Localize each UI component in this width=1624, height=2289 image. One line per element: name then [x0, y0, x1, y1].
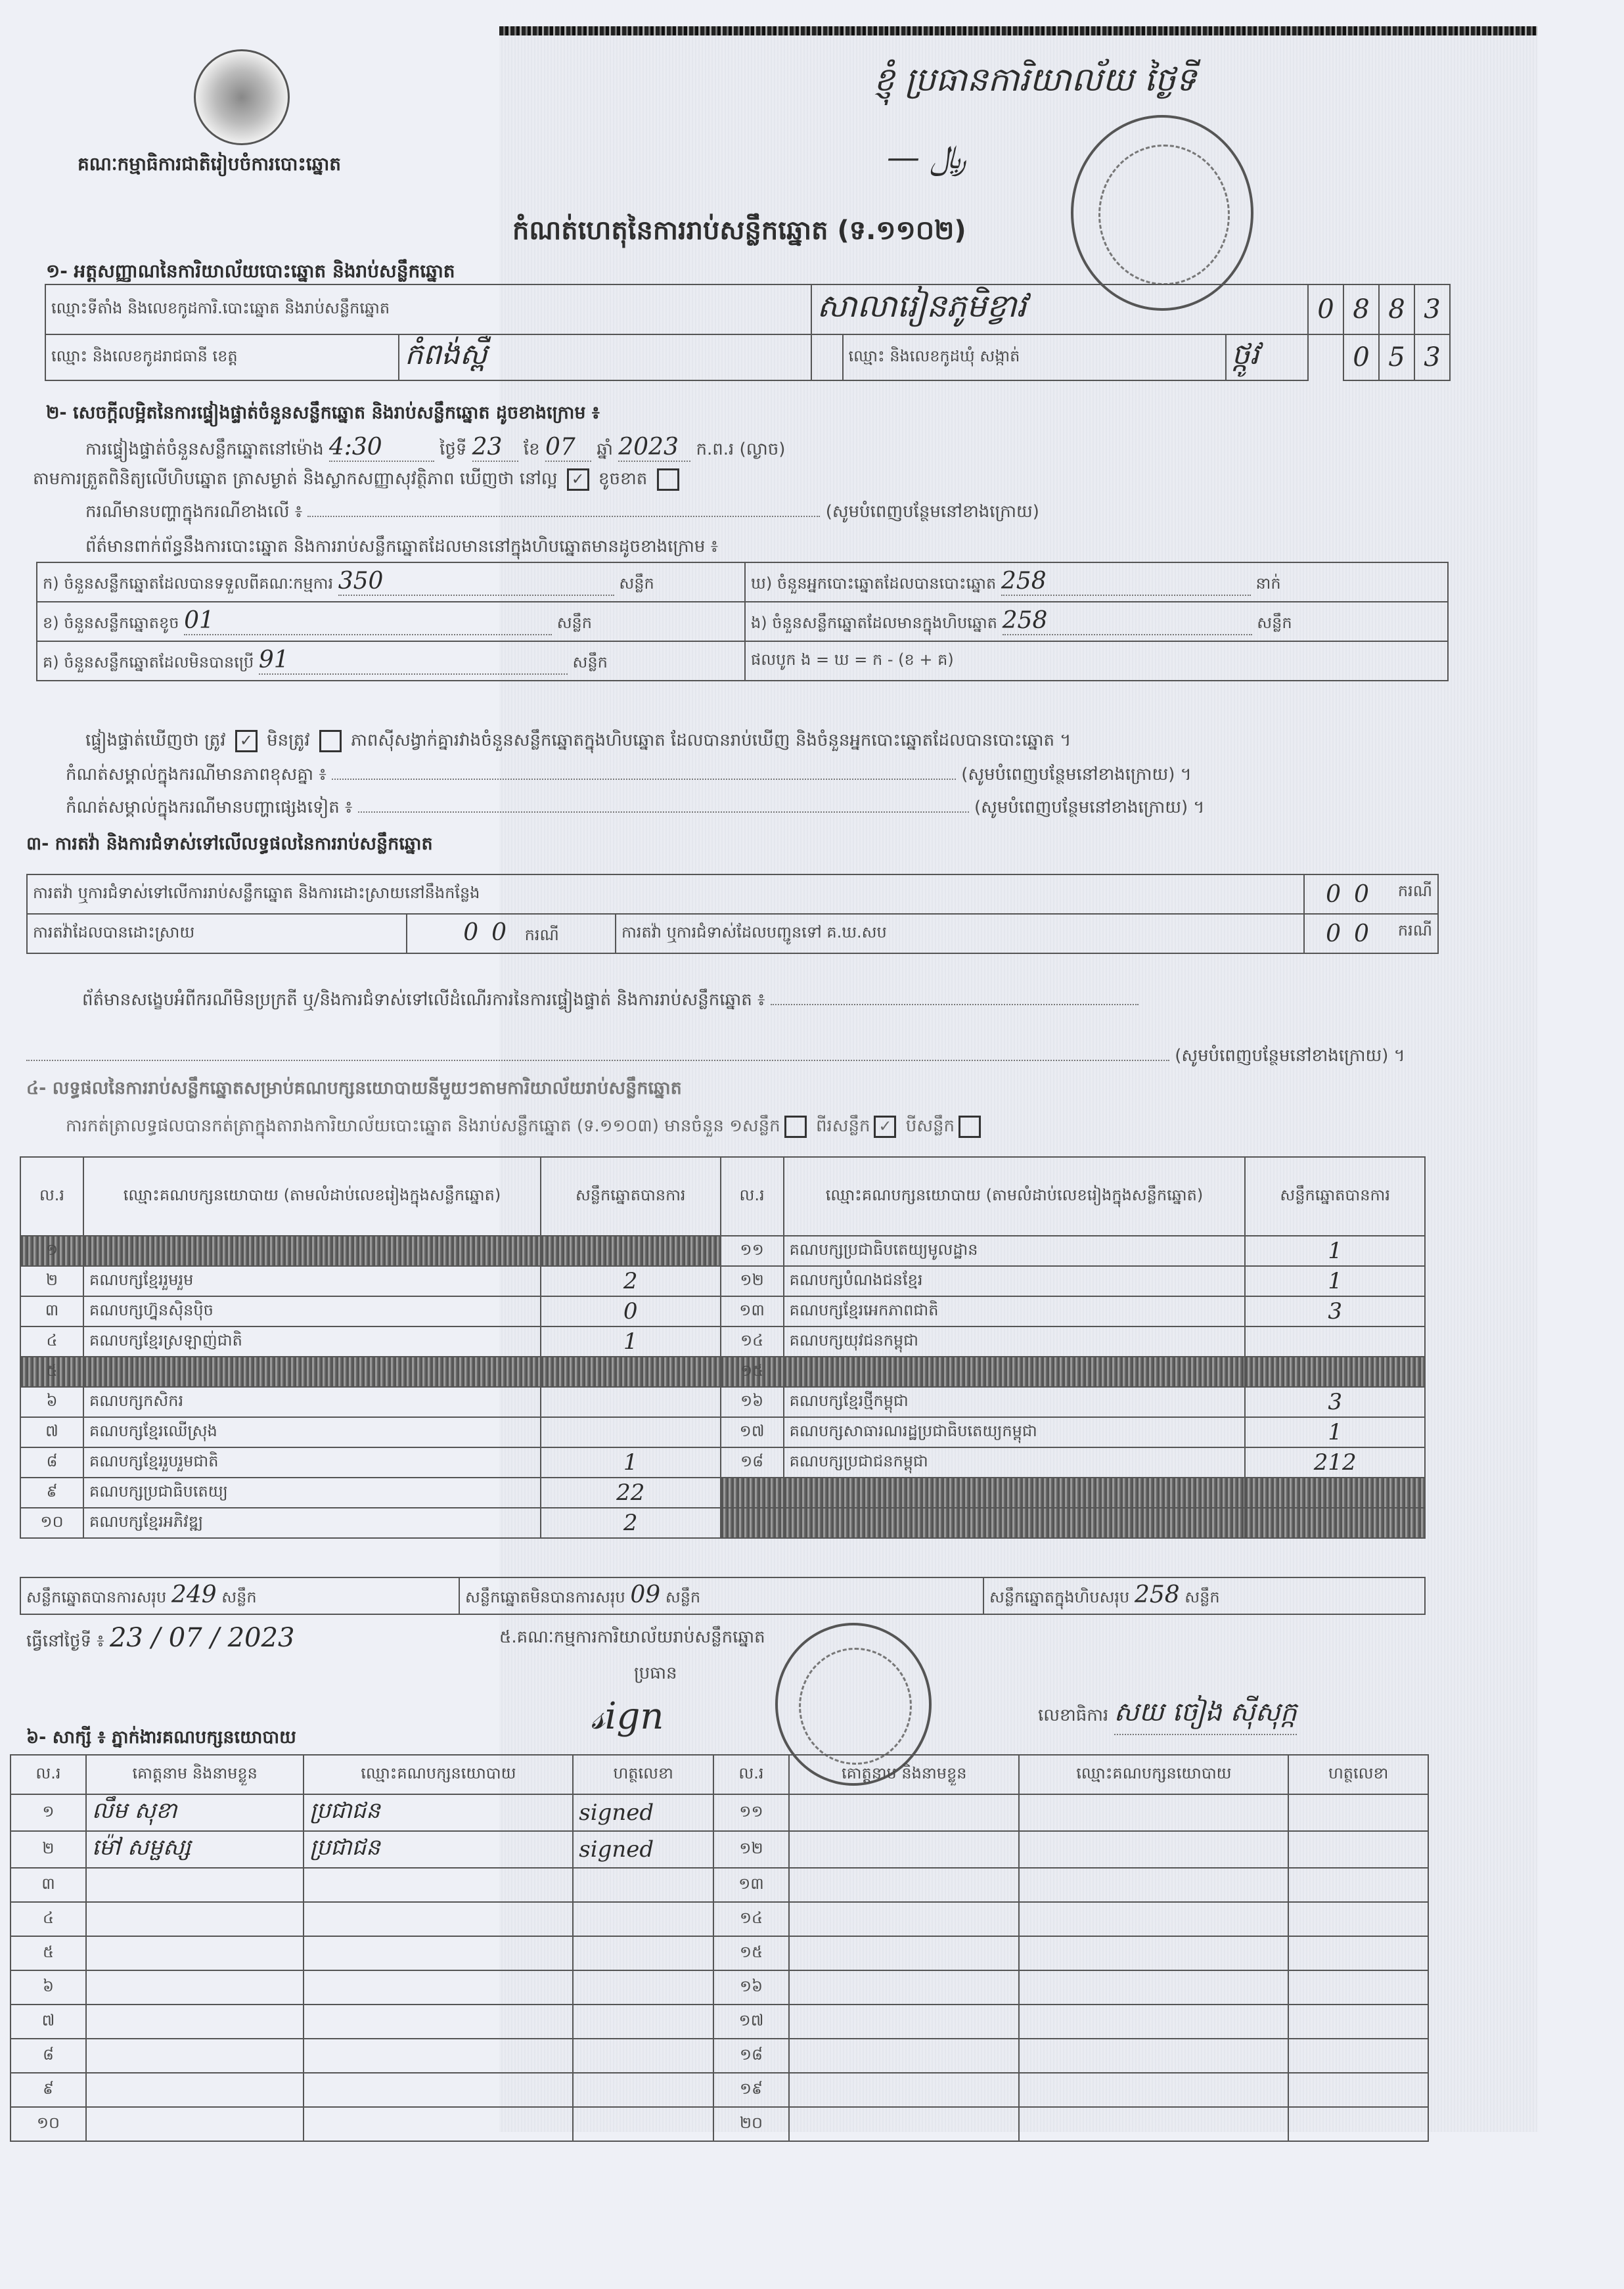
in-box-value[interactable]: 258: [1003, 607, 1252, 635]
party-number: ២: [20, 1266, 83, 1296]
irregularity-field[interactable]: [771, 1004, 1139, 1005]
witness-no: ១: [11, 1794, 86, 1831]
witness-name[interactable]: ម៉ៅ សម្ផស្ស: [86, 1831, 304, 1868]
results-row: ៥១៥: [20, 1357, 1425, 1387]
col-no: ល.រ: [20, 1157, 83, 1236]
committee-title: ៥.គណៈកម្មការការិយាល័យរាប់សន្លឹកឆ្នោត: [499, 1626, 765, 1651]
formula: ផលបូក ង = ឃ = ក - (ខ + គ): [745, 641, 1448, 681]
witness-party[interactable]: [304, 1936, 573, 1970]
witness-party[interactable]: [304, 2107, 573, 2141]
unit: ករណី: [1398, 881, 1432, 904]
president-signature: 𝓈ign: [591, 1695, 664, 1738]
commune-code-digit[interactable]: 0: [1343, 334, 1379, 380]
seal-intact-checkbox[interactable]: ✓: [567, 468, 589, 491]
witness-name[interactable]: [789, 1794, 1020, 1831]
witness-signature[interactable]: [1288, 1831, 1428, 1868]
party-number: ៩: [20, 1478, 83, 1508]
witness-no: ៦: [11, 1970, 86, 2005]
commune-label: ឈ្មោះ និងលេខកូដឃុំ សង្កាត់: [843, 334, 1226, 380]
party-number: ៤: [20, 1326, 83, 1357]
issue-note-label: ករណីមានបញ្ហាក្នុងករណីខាងលើ ៖: [85, 502, 302, 522]
witness-name[interactable]: [789, 2039, 1020, 2073]
witness-no: ៣: [11, 1868, 86, 1902]
seal-broken-label: ខូចខាត: [598, 469, 647, 489]
party-name: គណបក្សកសិករ: [83, 1387, 541, 1417]
commune-value[interactable]: ថ្កូវ: [1226, 334, 1308, 380]
party-votes[interactable]: [541, 1387, 721, 1417]
resolved-label: ការតវ៉ាដែលបានដោះស្រាយ: [27, 914, 407, 953]
witness-party[interactable]: [1019, 2107, 1288, 2141]
col-no: ល.រ: [721, 1157, 784, 1236]
col-party: ឈ្មោះគណបក្សនយោបាយ: [1019, 1755, 1288, 1794]
party-name: គណបក្សហ្វ៊ុនស៊ិនប៉ិច: [83, 1296, 541, 1326]
party-votes[interactable]: [1245, 1357, 1425, 1387]
note1-field[interactable]: [332, 779, 956, 780]
party-votes[interactable]: 3: [1245, 1296, 1425, 1326]
witness-no: ១០: [11, 2107, 86, 2141]
witness-signature[interactable]: [573, 1936, 713, 1970]
party-number: ១០: [20, 1508, 83, 1538]
ballot-count-table: ក) ចំនួនសន្លឹកឆ្នោតដែលបានទទួលពីគណៈកម្មកា…: [36, 562, 1449, 681]
balance-not-label: មិនត្រូវ: [267, 731, 310, 750]
two-sheets-checkbox[interactable]: ✓: [874, 1116, 896, 1138]
section1-title: ១- អត្តសញ្ញាណនៃការិយាល័យបោះឆ្នោត និងរាប់…: [46, 260, 455, 286]
witness-row: ៤១៤: [11, 1902, 1428, 1936]
witness-no: ១២: [713, 1831, 789, 1868]
col-no: ល.រ: [11, 1755, 86, 1794]
sheets-count-line: ការកត់ត្រាលទ្ធផលបានកត់ត្រាក្នុងតារាងការិ…: [66, 1115, 985, 1140]
forwarded-label: ការតវ៉ា ឬការជំទាស់ដែលបញ្ជូនទៅ គ.ឃ.សប: [616, 914, 1304, 953]
results-row: ៧គណបក្សខ្មែរឈើស្រុង១៧គណបក្សសាធារណរដ្ឋប្រ…: [20, 1417, 1425, 1447]
results-row: ២គណបក្សខ្មែររួមរួម2១២គណបក្សបំណងជនខ្មែរ1: [20, 1266, 1425, 1296]
unit: សន្លឹក: [1184, 1588, 1219, 1606]
opt1-label: ១សន្លឹក: [729, 1116, 780, 1136]
results-row: ៦គណបក្សកសិករ១៦គណបក្សខ្មែរថ្មីកម្ពុជា3: [20, 1387, 1425, 1417]
witness-party[interactable]: [1019, 1970, 1288, 2005]
witness-name[interactable]: [789, 1868, 1020, 1902]
station-code-digit[interactable]: 8: [1379, 284, 1414, 334]
verify-year[interactable]: 2023: [618, 434, 690, 462]
witness-name[interactable]: [789, 2005, 1020, 2039]
party-name: គណបក្សសាធារណរដ្ឋប្រជាធិបតេយ្យកម្ពុជា: [784, 1417, 1246, 1447]
organization-name: គណៈកម្មាធិការជាតិរៀបចំការបោះឆ្នោត: [78, 152, 341, 179]
col-name: គោត្តនាម និងនាមខ្លួន: [789, 1755, 1020, 1794]
party-name: គណបក្សខ្មែរឈើស្រុង: [83, 1417, 541, 1447]
unit: ករណី: [525, 926, 559, 944]
complaints-table: ការតវ៉ា ឬការជំទាស់ទៅលើការរាប់សន្លឹកឆ្នោត…: [26, 874, 1439, 954]
handwritten-note: ខ្ញុំ ប្រធានការិយាល័យ ថ្ងៃទី: [874, 59, 1196, 107]
opt2-label: ពីរសន្លឹក: [816, 1116, 870, 1136]
total-valid-value[interactable]: 249: [171, 1581, 217, 1608]
witness-party[interactable]: [304, 1902, 573, 1936]
party-name: គណបក្សខ្មែរអភិវឌ្ឍ: [83, 1508, 541, 1538]
station-name[interactable]: សាលារៀនភូមិខ្វាវ: [811, 284, 1308, 334]
witness-no: ៨: [11, 2039, 86, 2073]
total-box-value[interactable]: 258: [1135, 1581, 1180, 1608]
witness-no: ៤: [11, 1902, 86, 1936]
witness-name[interactable]: [86, 1868, 304, 1902]
secretary-name[interactable]: សយ ចៀង ស៊ីសុក្ក: [1114, 1695, 1297, 1735]
witness-signature[interactable]: [573, 1970, 713, 2005]
irregularity-note-line: ព័ត៌មានសង្ខេបអំពីករណីមិនប្រក្រតី ឬ/និងកា…: [82, 989, 1139, 1014]
form-title: កំណត់ហេតុនៃការរាប់សន្លឹកឆ្នោត (ទ.១១០២): [512, 214, 966, 252]
witness-party[interactable]: [304, 1868, 573, 1902]
witness-no: ១៤: [713, 1902, 789, 1936]
party-votes[interactable]: 1: [541, 1326, 721, 1357]
balance-ok-checkbox[interactable]: ✓: [235, 730, 258, 752]
witness-signature[interactable]: [1288, 2107, 1428, 2141]
secretary-label: លេខាធិការ: [1038, 1706, 1108, 1725]
complaints-header: ការតវ៉ា ឬការជំទាស់ទៅលើការរាប់សន្លឹកឆ្នោត…: [27, 874, 1304, 914]
party-votes[interactable]: 1: [1245, 1417, 1425, 1447]
witness-no: ៥: [11, 1936, 86, 1970]
witness-row: ៥១៥: [11, 1936, 1428, 1970]
note2-hint: (សូមបំពេញបន្ថែមនៅខាងក្រោយ) ។: [974, 798, 1205, 817]
party-name: គណបក្សខ្មែររួមរួម: [83, 1266, 541, 1296]
unit: សន្លឹក: [557, 614, 592, 632]
irregularity-field-2[interactable]: [26, 1060, 1169, 1061]
party-number: ១៥: [721, 1357, 784, 1387]
witness-party[interactable]: [1019, 1868, 1288, 1902]
party-votes[interactable]: 3: [1245, 1387, 1425, 1417]
party-votes[interactable]: 212: [1245, 1447, 1425, 1478]
seal-check-line: តាមការត្រួតពិនិត្យលើហិបឆ្នោត ត្រាសម្ងាត់…: [33, 468, 683, 493]
witness-name[interactable]: [789, 1970, 1020, 2005]
balance-label: ផ្ទៀងផ្ទាត់ឃើញថា ត្រូវ: [85, 731, 226, 750]
note1-line: កំណត់សម្គាល់ក្នុងករណីមានភាពខុសគ្នា ៖ (សូ…: [66, 763, 1192, 788]
unused-label: គ) ចំនួនសន្លឹកឆ្នោតដែលមិនបានប្រើ: [43, 653, 254, 671]
witness-signature[interactable]: [1288, 1868, 1428, 1902]
witness-signature[interactable]: [573, 2073, 713, 2107]
received-value[interactable]: 350: [338, 568, 614, 596]
year-label: ឆ្នាំ: [597, 440, 613, 459]
party-name: គណបក្សខ្មែរអេកភាពជាតិ: [784, 1296, 1246, 1326]
unit: នាក់: [1256, 574, 1281, 593]
nec-logo-icon: [194, 49, 290, 145]
witness-party[interactable]: [304, 2005, 573, 2039]
party-votes[interactable]: [1245, 1508, 1425, 1538]
official-seal-top-icon: [1071, 115, 1253, 311]
witness-party[interactable]: [1019, 2005, 1288, 2039]
party-number: ៦: [20, 1387, 83, 1417]
spoiled-value[interactable]: 01: [184, 607, 552, 635]
witness-name[interactable]: [86, 2107, 304, 2141]
irregularity-hint: (សូមបំពេញបន្ថែមនៅខាងក្រោយ) ។: [1175, 1046, 1405, 1066]
witness-row: ៨១៨: [11, 2039, 1428, 2073]
witness-signature[interactable]: [573, 1902, 713, 1936]
note2-line: កំណត់សម្គាល់ក្នុងករណីមានបញ្ហាផ្សេងទៀត ៖ …: [66, 796, 1205, 821]
resolved-count[interactable]: 00: [463, 919, 520, 946]
commune-code-digit[interactable]: 3: [1414, 334, 1450, 380]
party-votes[interactable]: 2: [541, 1266, 721, 1296]
witness-row: ២ម៉ៅ សម្ផស្សប្រជាជនsigned១២: [11, 1831, 1428, 1868]
note2-field[interactable]: [358, 811, 969, 813]
party-number: ១៣: [721, 1296, 784, 1326]
witness-name[interactable]: [86, 2005, 304, 2039]
party-votes[interactable]: 2: [541, 1508, 721, 1538]
note1-label: កំណត់សម្គាល់ក្នុងករណីមានភាពខុសគ្នា ៖: [66, 765, 327, 784]
issue-note-hint: (សូមបំពេញបន្ថែមនៅខាងក្រោយ): [826, 502, 1039, 522]
witness-party[interactable]: [304, 2039, 573, 2073]
witness-signature[interactable]: [573, 2039, 713, 2073]
witness-row: ៩១៩: [11, 2073, 1428, 2107]
total-invalid-label: សន្លឹកឆ្នោតមិនបានការសរុប: [465, 1588, 625, 1606]
witness-name[interactable]: [86, 2039, 304, 2073]
date-value[interactable]: 23 / 07 / 2023: [110, 1623, 294, 1653]
complaints-resolved-onsite-count[interactable]: 00: [1326, 881, 1382, 908]
witness-party[interactable]: [1019, 1794, 1288, 1831]
col-party: ឈ្មោះគណបក្សនយោបាយ (តាមលំដាប់លេខរៀងក្នុងស…: [83, 1157, 541, 1236]
witness-row: ១០២០: [11, 2107, 1428, 2141]
unit: ករណី: [1398, 920, 1432, 943]
total-invalid-value[interactable]: 09: [630, 1581, 660, 1608]
party-name: គណបក្សខ្មែរថ្មីកម្ពុជា: [784, 1387, 1246, 1417]
party-name: គណបក្សខ្មែរស្រឡាញ់ជាតិ: [83, 1326, 541, 1357]
spoiled-label: ខ) ចំនួនសន្លឹកឆ្នោតខូច: [43, 614, 179, 632]
party-votes[interactable]: [541, 1417, 721, 1447]
witness-name[interactable]: [86, 1936, 304, 1970]
station-code-digit[interactable]: 0: [1308, 284, 1343, 334]
party-number: ៣: [20, 1296, 83, 1326]
witness-no: ១១: [713, 1794, 789, 1831]
president-label: ប្រធាន: [634, 1662, 677, 1687]
party-votes[interactable]: 0: [541, 1296, 721, 1326]
balance-line: ផ្ទៀងផ្ទាត់ឃើញថា ត្រូវ ✓ មិនត្រូវ ភាពស៊ី…: [85, 729, 1071, 754]
opt3-label: បីសន្លឹក: [906, 1116, 955, 1136]
station-code-digit[interactable]: 8: [1343, 284, 1379, 334]
section1-table: ឈ្មោះទីតាំង និងលេខកូដការិ.បោះឆ្នោត និងរា…: [45, 284, 1451, 381]
received-label: ក) ចំនួនសន្លឹកឆ្នោតដែលបានទទួលពីគណៈកម្មកា…: [43, 574, 333, 593]
one-sheet-checkbox[interactable]: [784, 1116, 807, 1138]
total-box-label: សន្លឹកឆ្នោតក្នុងហិបសរុប: [989, 1588, 1129, 1606]
total-valid-label: សន្លឹកឆ្នោតបានការសរុប: [26, 1588, 166, 1606]
witness-name[interactable]: [789, 1936, 1020, 1970]
results-row: ១១១គណបក្សប្រជាធិបតេយ្យមូលដ្ឋាន1: [20, 1236, 1425, 1266]
witness-signature[interactable]: [1288, 1794, 1428, 1831]
witness-party[interactable]: [1019, 2039, 1288, 2073]
witness-name[interactable]: [789, 1831, 1020, 1868]
party-number: ១: [20, 1236, 83, 1266]
unit: សន្លឹក: [665, 1588, 700, 1606]
col-name: គោត្តនាម និងនាមខ្លួន: [86, 1755, 304, 1794]
results-row: ៣គណបក្សហ្វ៊ុនស៊ិនប៉ិច0១៣គណបក្សខ្មែរអេកភា…: [20, 1296, 1425, 1326]
seal-broken-checkbox[interactable]: [657, 468, 679, 491]
col-votes: សន្លឹកឆ្នោតបានការ: [1245, 1157, 1425, 1236]
party-number: ១៧: [721, 1417, 784, 1447]
party-name: [784, 1508, 1246, 1538]
results-table: ល.រ ឈ្មោះគណបក្សនយោបាយ (តាមលំដាប់លេខរៀងក្…: [20, 1156, 1426, 1539]
party-number: ១១: [721, 1236, 784, 1266]
witness-signature[interactable]: [573, 1868, 713, 1902]
witness-signature[interactable]: [1288, 2039, 1428, 2073]
witness-name[interactable]: [86, 1970, 304, 2005]
party-name: គណបក្សប្រជាធិបតេយ្យ: [83, 1478, 541, 1508]
voters-label: ឃ) ចំនួនអ្នកបោះឆ្នោតដែលបានបោះឆ្នោត: [751, 574, 996, 593]
witness-name[interactable]: [789, 2107, 1020, 2141]
month-label: ខែ: [524, 440, 540, 459]
witness-name[interactable]: [86, 1902, 304, 1936]
secretary-line: លេខាធិការ សយ ចៀង ស៊ីសុក្ក: [1038, 1695, 1297, 1735]
witness-party[interactable]: ប្រជាជន: [304, 1831, 573, 1868]
witness-signature[interactable]: signed: [573, 1831, 713, 1868]
witness-party[interactable]: [1019, 1936, 1288, 1970]
witness-no: ១៦: [713, 1970, 789, 2005]
party-name: គណបក្សខ្មែររួបរួមជាតិ: [83, 1447, 541, 1478]
party-number: [721, 1508, 784, 1538]
party-name: គណបក្សយុវជនកម្ពុជា: [784, 1326, 1246, 1357]
issue-note-field[interactable]: [307, 516, 820, 517]
party-votes[interactable]: [1245, 1478, 1425, 1508]
col-no: ល.រ: [713, 1755, 789, 1794]
party-number: ៧: [20, 1417, 83, 1447]
party-name: [83, 1357, 541, 1387]
irregularity-note-line2: (សូមបំពេញបន្ថែមនៅខាងក្រោយ) ។: [26, 1045, 1405, 1070]
sheets-label: ការកត់ត្រាលទ្ធផលបានកត់ត្រាក្នុងតារាងការិ…: [66, 1116, 724, 1136]
section2-title: ២- សេចក្តីលម្អិតនៃការផ្ទៀងផ្ទាត់ចំនួនសន្…: [46, 402, 600, 428]
party-number: [721, 1478, 784, 1508]
witness-no: ១៩: [713, 2073, 789, 2107]
day-label: ថ្ងៃទី: [440, 440, 466, 459]
note1-hint: (សូមបំពេញបន្ថែមនៅខាងក្រោយ) ។: [961, 765, 1192, 784]
note2-label: កំណត់សម្គាល់ក្នុងករណីមានបញ្ហាផ្សេងទៀត ៖: [66, 798, 352, 817]
verify-day[interactable]: 23: [472, 434, 518, 462]
party-votes[interactable]: [541, 1357, 721, 1387]
witness-no: ១៨: [713, 2039, 789, 2073]
party-number: ១៨: [721, 1447, 784, 1478]
col-party: ឈ្មោះគណបក្សនយោបាយ: [304, 1755, 573, 1794]
witness-table: ល.រ គោត្តនាម និងនាមខ្លួន ឈ្មោះគណបក្សនយោប…: [10, 1754, 1429, 2142]
issue-note-line: ករណីមានបញ្ហាក្នុងករណីខាងលើ ៖ (សូមបំពេញបន…: [85, 501, 1039, 526]
witness-row: ១លឹម សុខាប្រជាជនsigned១១: [11, 1794, 1428, 1831]
ballot-info-intro: ព័ត៌មានពាក់ព័ន្ធនឹងការបោះឆ្នោត និងការរាប…: [85, 535, 718, 560]
witness-name[interactable]: [789, 2073, 1020, 2107]
voters-value[interactable]: 258: [1001, 568, 1251, 596]
party-votes[interactable]: 22: [541, 1478, 721, 1508]
witness-signature[interactable]: [1288, 1936, 1428, 1970]
party-name: [784, 1478, 1246, 1508]
witness-name[interactable]: [86, 2073, 304, 2107]
party-votes[interactable]: 1: [1245, 1266, 1425, 1296]
date-label: ធ្វើនៅថ្ងៃទី ៖: [26, 1631, 104, 1651]
party-number: ១៦: [721, 1387, 784, 1417]
witness-party[interactable]: [1019, 1902, 1288, 1936]
party-name: គណបក្សប្រជាធិបតេយ្យមូលដ្ឋាន: [784, 1236, 1246, 1266]
party-number: ១២: [721, 1266, 784, 1296]
witness-no: ១៧: [713, 2005, 789, 2039]
col-party: ឈ្មោះគណបក្សនយោបាយ (តាមលំដាប់លេខរៀងក្នុងស…: [784, 1157, 1246, 1236]
witness-no: ១៣: [713, 1868, 789, 1902]
unit: សន្លឹក: [221, 1588, 256, 1606]
witness-no: ២: [11, 1831, 86, 1868]
scan-edge: [499, 26, 1537, 35]
party-name: [784, 1357, 1246, 1387]
col-signature: ហត្ថលេខា: [1288, 1755, 1428, 1794]
forwarded-count[interactable]: 00: [1326, 920, 1382, 947]
irregularity-label: ព័ត៌មានសង្ខេបអំពីករណីមិនប្រក្រតី ឬ/និងកា…: [82, 990, 765, 1010]
party-votes[interactable]: [541, 1236, 721, 1266]
witness-row: ៧១៧: [11, 2005, 1428, 2039]
witness-party[interactable]: [304, 1970, 573, 2005]
party-name: គណបក្សបំណងជនខ្មែរ: [784, 1266, 1246, 1296]
results-row: ១០គណបក្សខ្មែរអភិវឌ្ឍ2: [20, 1508, 1425, 1538]
province-value[interactable]: កំពង់ស្ពឺ: [399, 334, 811, 380]
witness-signature[interactable]: [1288, 2073, 1428, 2107]
witness-no: ៧: [11, 2005, 86, 2039]
witness-row: ៦១៦: [11, 1970, 1428, 2005]
col-signature: ហត្ថលេខា: [573, 1755, 713, 1794]
results-row: ៩គណបក្សប្រជាធិបតេយ្យ22: [20, 1478, 1425, 1508]
commune-code-digit[interactable]: 5: [1379, 334, 1414, 380]
unused-value[interactable]: 91: [259, 646, 568, 675]
station-label: ឈ្មោះទីតាំង និងលេខកូដការិ.បោះឆ្នោត និងរា…: [45, 284, 811, 334]
unit: សន្លឹក: [1257, 614, 1292, 632]
witness-name[interactable]: [789, 1902, 1020, 1936]
section3-title: ៣- ការតវ៉ា និងការជំទាស់ទៅលើលទ្ធផលនៃការរា…: [26, 833, 433, 859]
party-name: [83, 1236, 541, 1266]
witness-signature[interactable]: signed: [573, 1794, 713, 1831]
witness-party[interactable]: [1019, 2073, 1288, 2107]
party-number: ៨: [20, 1447, 83, 1478]
unit: សន្លឹក: [619, 574, 654, 593]
party-name: គណបក្សប្រជាជនកម្ពុជា: [784, 1447, 1246, 1478]
balance-desc: ភាពស៊ីសង្វាក់គ្នារវាងចំនួនសន្លឹកឆ្នោតក្ន…: [351, 731, 1071, 750]
in-box-label: ង) ចំនួនសន្លឹកឆ្នោតដែលមានក្នុងហិបឆ្នោត: [751, 614, 997, 632]
section4-title: ៤- លទ្ធផលនៃការរាប់សន្លឹកឆ្នោតសម្រាប់គណបក…: [26, 1077, 682, 1103]
section6-title: ៦- សាក្សី ៖ ភ្នាក់ងារគណបក្សនយោបាយ: [26, 1727, 296, 1752]
witness-party[interactable]: [1019, 1831, 1288, 1868]
witness-party[interactable]: [304, 2073, 573, 2107]
province-label: ឈ្មោះ និងលេខកូដរាជធានី ខេត្ត: [45, 334, 399, 380]
verify-time-line: ការផ្ទៀងផ្ទាត់ចំនួនសន្លឹកឆ្នោតនៅម៉ោង 4:3…: [85, 434, 785, 463]
witness-signature[interactable]: [1288, 2005, 1428, 2039]
witness-no: ២០: [713, 2107, 789, 2141]
party-votes[interactable]: [1245, 1326, 1425, 1357]
time-suffix: ក.ព.រ (ល្ងាច): [696, 440, 786, 459]
party-number: ១៤: [721, 1326, 784, 1357]
witness-signature[interactable]: [573, 2005, 713, 2039]
results-row: ៤គណបក្សខ្មែរស្រឡាញ់ជាតិ1១៤គណបក្សយុវជនកម្…: [20, 1326, 1425, 1357]
witness-no: ៩: [11, 2073, 86, 2107]
witness-signature[interactable]: [1288, 1902, 1428, 1936]
seal-check-label: តាមការត្រួតពិនិត្យលើហិបឆ្នោត ត្រាសម្ងាត់…: [33, 469, 557, 489]
handwritten-signature-top: — ﷼: [887, 138, 966, 177]
witness-no: ១៥: [713, 1936, 789, 1970]
witness-party[interactable]: ប្រជាជន: [304, 1794, 573, 1831]
witness-signature[interactable]: [573, 2107, 713, 2141]
party-votes[interactable]: 1: [541, 1447, 721, 1478]
date-line: ធ្វើនៅថ្ងៃទី ៖ 23 / 07 / 2023: [26, 1623, 294, 1655]
party-number: ៥: [20, 1357, 83, 1387]
col-votes: សន្លឹកឆ្នោតបានការ: [541, 1157, 721, 1236]
balance-not-checkbox[interactable]: [319, 730, 342, 752]
results-row: ៨គណបក្សខ្មែររួបរួមជាតិ1១៨គណបក្សប្រជាជនកម…: [20, 1447, 1425, 1478]
witness-row: ៣១៣: [11, 1868, 1428, 1902]
witness-name[interactable]: លឹម សុខា: [86, 1794, 304, 1831]
totals-table: សន្លឹកឆ្នោតបានការសរុប 249 សន្លឹក សន្លឹកឆ…: [20, 1577, 1426, 1615]
witness-signature[interactable]: [1288, 1970, 1428, 2005]
verify-time[interactable]: 4:30: [329, 434, 434, 462]
station-code-digit[interactable]: 3: [1414, 284, 1450, 334]
verify-label: ការផ្ទៀងផ្ទាត់ចំនួនសន្លឹកឆ្នោតនៅម៉ោង: [85, 440, 324, 459]
verify-month[interactable]: 07: [545, 434, 591, 462]
party-votes[interactable]: 1: [1245, 1236, 1425, 1266]
unit: សន្លឹក: [573, 653, 608, 671]
three-sheets-checkbox[interactable]: [959, 1116, 981, 1138]
